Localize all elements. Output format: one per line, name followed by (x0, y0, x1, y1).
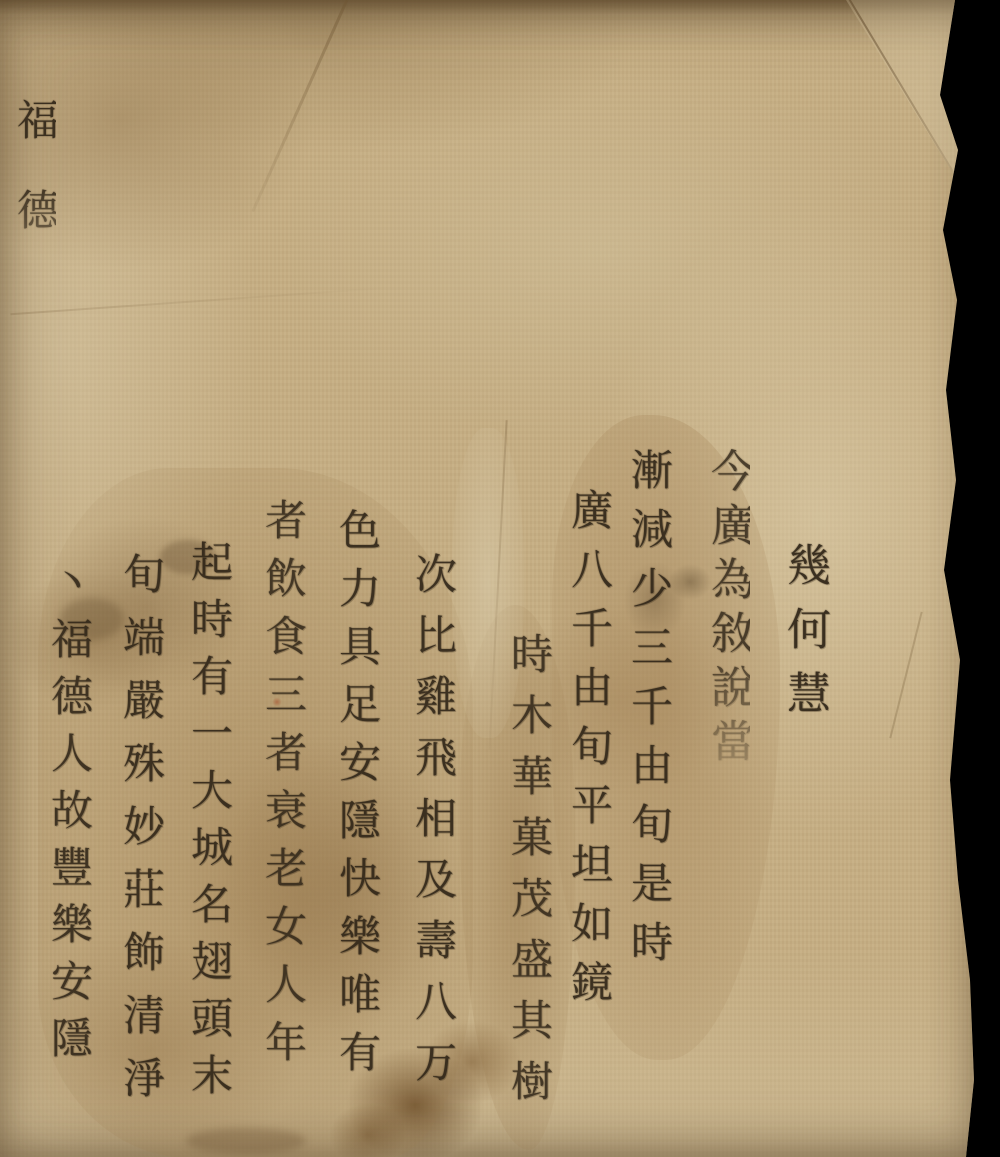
text-column-2: 今廣為敘說當 (706, 448, 750, 772)
text-column-1: 幾何慧 (782, 542, 826, 734)
text-column-4: 廣八千由旬平坦如鏡 (568, 488, 610, 1019)
crease-line (251, 0, 351, 212)
corner-label-text: 福德 (14, 98, 56, 278)
crease-line (10, 287, 389, 316)
text-column-5: 時木華菓茂盛其樹 (508, 632, 550, 1120)
manuscript-paper: 福德 幾何慧 今廣為敘說當 漸減少三千由旬是時 廣八千由旬平坦如鏡 時木華菓茂盛… (0, 0, 1000, 1157)
corner-fold (0, 0, 1000, 200)
text-column-8: 者飲食三者衰老女人年 (262, 498, 304, 1078)
photo-canvas: 福德 幾何慧 今廣為敘說當 漸減少三千由旬是時 廣八千由旬平坦如鏡 時木華菓茂盛… (0, 0, 1000, 1157)
text-column-10: 旬端嚴殊妙莊飾清淨 (120, 552, 162, 1119)
text-column-11: 丶福德人故豐樂安隱 (48, 560, 90, 1073)
crease-line (889, 612, 922, 739)
text-column-9: 起時有一大城名翅頭末 (188, 540, 230, 1110)
paper-patch-left (38, 468, 473, 1157)
text-column-7: 色力具足安隱快樂唯有 (336, 508, 378, 1088)
fold-crease-line (845, 0, 956, 176)
text-column-3: 漸減少三千由旬是時 (628, 448, 670, 979)
text-column-6: 次比雞飛相及壽八万 (412, 552, 454, 1101)
tear-shadow (186, 1128, 306, 1154)
